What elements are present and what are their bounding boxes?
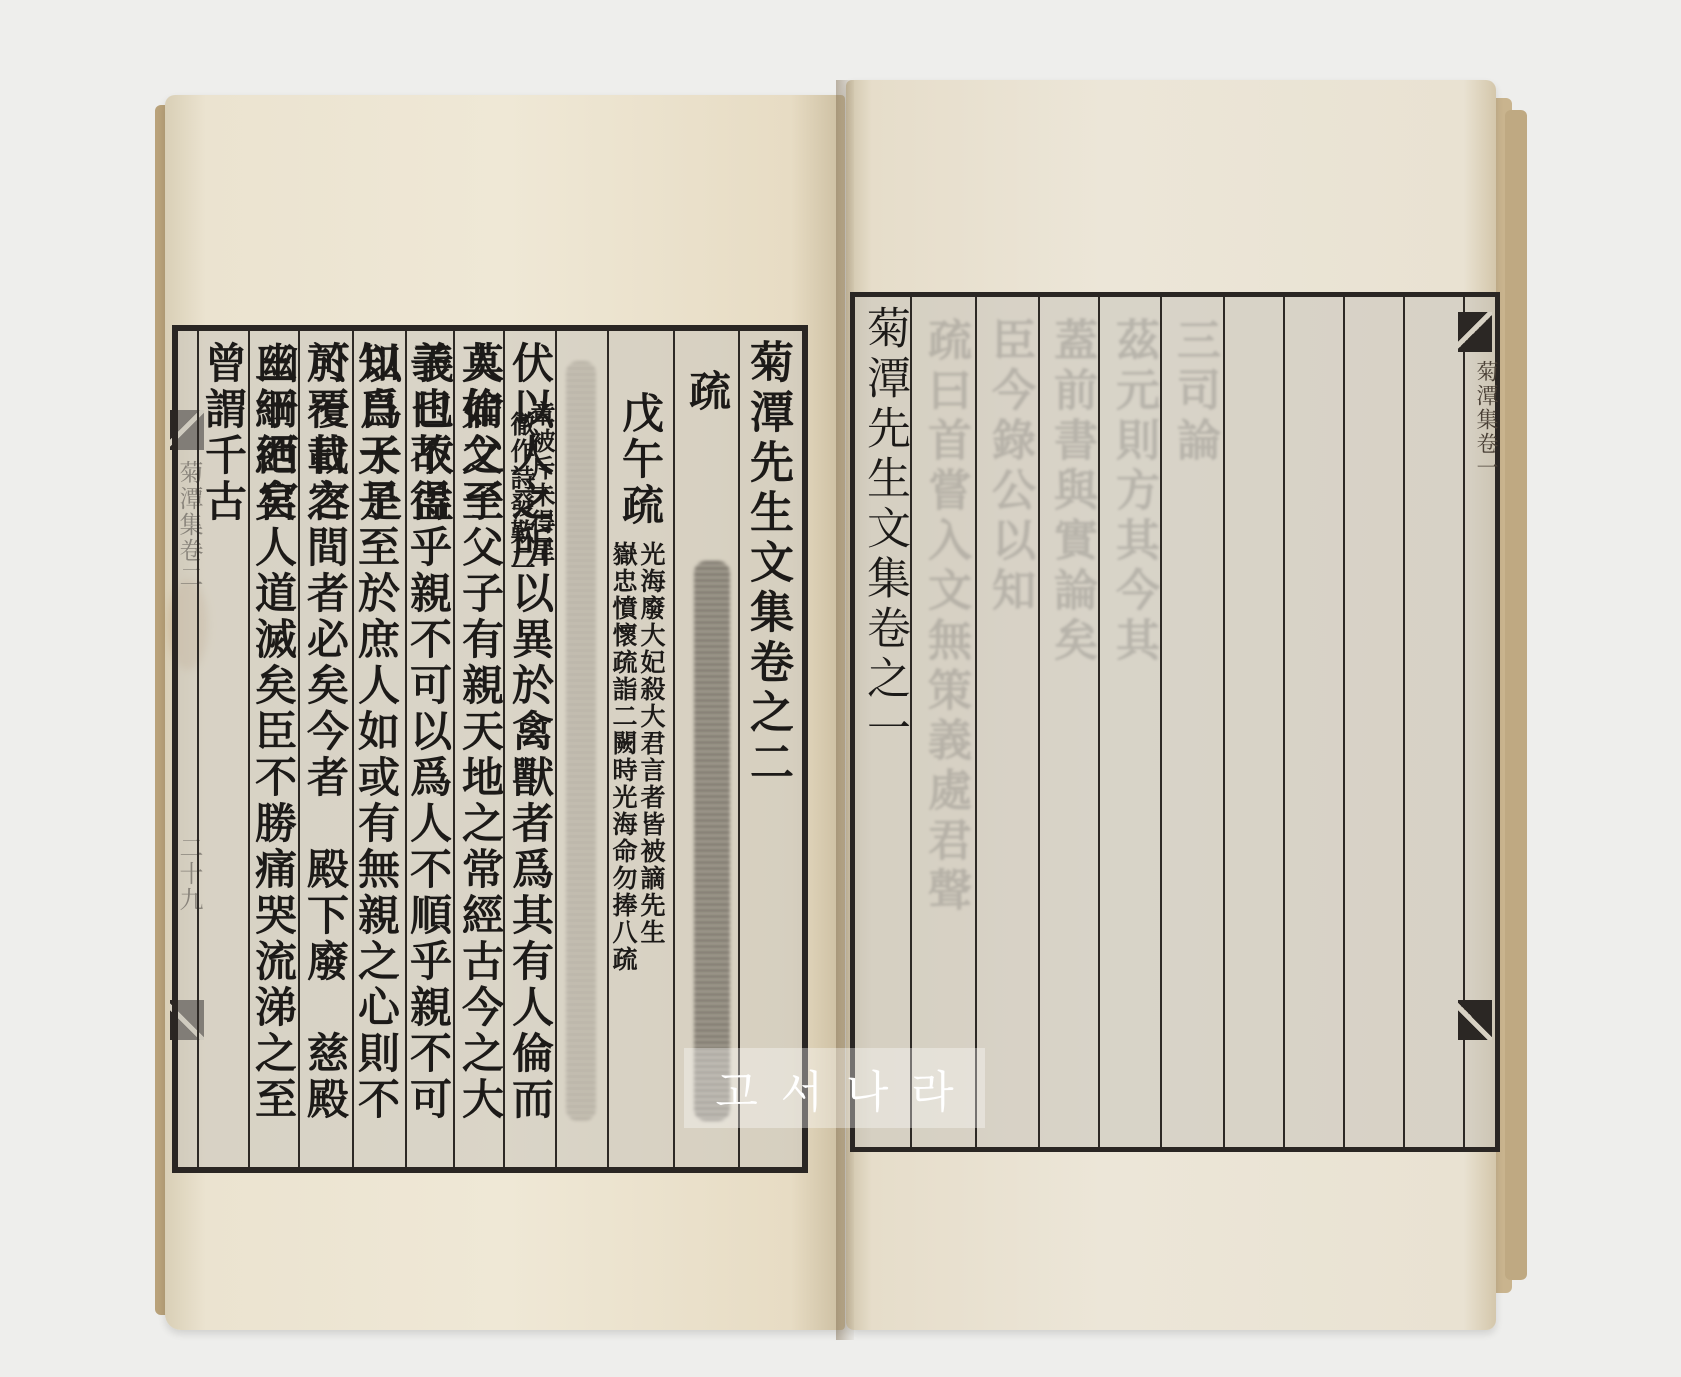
left-page-text-frame: 菊潭先生文集卷之二 疏 戊午疏 光海廢大妃殺大君言者皆被謫先生 嶽忠憤懷疏詣二闕… <box>172 325 808 1173</box>
right-fish-tail-ornament <box>1458 312 1492 352</box>
right-page-stack-edge-2 <box>1505 110 1527 1280</box>
bleed-through-text-5: 三司論 <box>1168 317 1220 467</box>
left-page-header-title: 菊潭先生文集卷之二 <box>742 339 792 789</box>
right-page-header-title: 菊潭先生文集卷之一 <box>859 305 909 755</box>
right-page-text-frame: 菊潭先生文集卷之一 疏曰首嘗入文無策義處君聲 臣今錄公以知 蓋前書與實論矣 茲元… <box>850 292 1500 1152</box>
section-label: 疏 <box>682 369 732 415</box>
bleed-through-text-4: 茲元則方其今其 <box>1107 317 1159 667</box>
right-fish-tail-ornament-bottom <box>1458 1000 1492 1040</box>
watermark-char-2: 서 <box>781 1056 824 1120</box>
annotation-left: 嶽忠憤懷疏詣二闕時光海命勿捧八疏 <box>610 541 636 973</box>
watermark-char-1: 고 <box>715 1056 758 1120</box>
watermark-char-4: 라 <box>911 1056 954 1120</box>
watermark-char-3: 나 <box>846 1056 889 1120</box>
right-margin-title: 菊潭集卷一 <box>1470 360 1501 480</box>
bleed-through-text-3: 蓋前書與實論矣 <box>1045 317 1097 667</box>
ink-smudge-2 <box>566 361 596 1121</box>
text-column-6: 三綱絕矣人道滅矣臣不勝痛哭流涕之至曾謂千古 <box>198 341 298 1167</box>
annotation-right: 光海廢大妃殺大君言者皆被謫先生 <box>638 541 664 946</box>
bleed-through-text-1: 疏曰首嘗入文無策義處君聲 <box>919 317 971 917</box>
bleed-through-text-2: 臣今錄公以知 <box>983 317 1035 617</box>
column-heading-wuwu-memorial: 戊午疏 <box>615 391 665 529</box>
ink-smudge <box>694 561 730 1121</box>
watermark: 고 서 나 라 <box>684 1048 985 1128</box>
